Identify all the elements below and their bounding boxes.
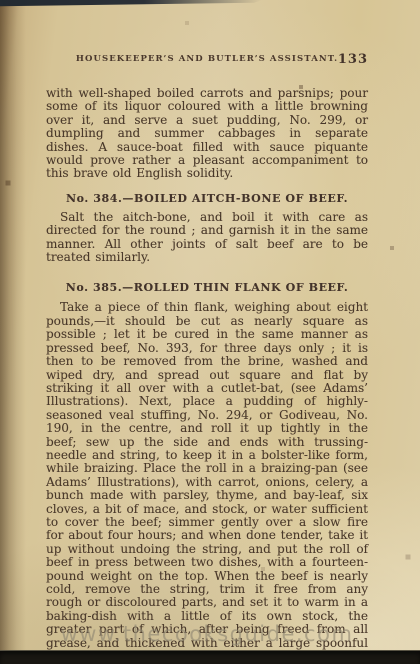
section-body-385: Take a piece of thin flank, weighing abo… bbox=[46, 301, 368, 663]
section-heading-385: No. 385.—ROLLED THIN FLANK OF BEEF. bbox=[46, 281, 368, 294]
section-body-384: Salt the aitch-bone, and boil it with ca… bbox=[46, 211, 368, 265]
running-header: HOUSEKEEPER’S AND BUTLER’S ASSISTANT. 13… bbox=[46, 54, 368, 68]
photo-bottom-edge bbox=[0, 650, 420, 664]
running-header-title: HOUSEKEEPER’S AND BUTLER’S ASSISTANT. bbox=[46, 54, 368, 64]
watermark-text: www.thecooksguide.com bbox=[0, 622, 414, 646]
page-gutter-shadow bbox=[0, 0, 26, 651]
section-heading-384: No. 384.—BOILED AITCH-BONE OF BEEF. bbox=[46, 192, 368, 205]
page-number: 133 bbox=[338, 52, 368, 67]
page-content: HOUSEKEEPER’S AND BUTLER’S ASSISTANT. 13… bbox=[46, 0, 368, 663]
scanned-book-page: HOUSEKEEPER’S AND BUTLER’S ASSISTANT. 13… bbox=[0, 0, 420, 664]
intro-paragraph: with well-shaped boiled carrots and pars… bbox=[46, 87, 368, 181]
